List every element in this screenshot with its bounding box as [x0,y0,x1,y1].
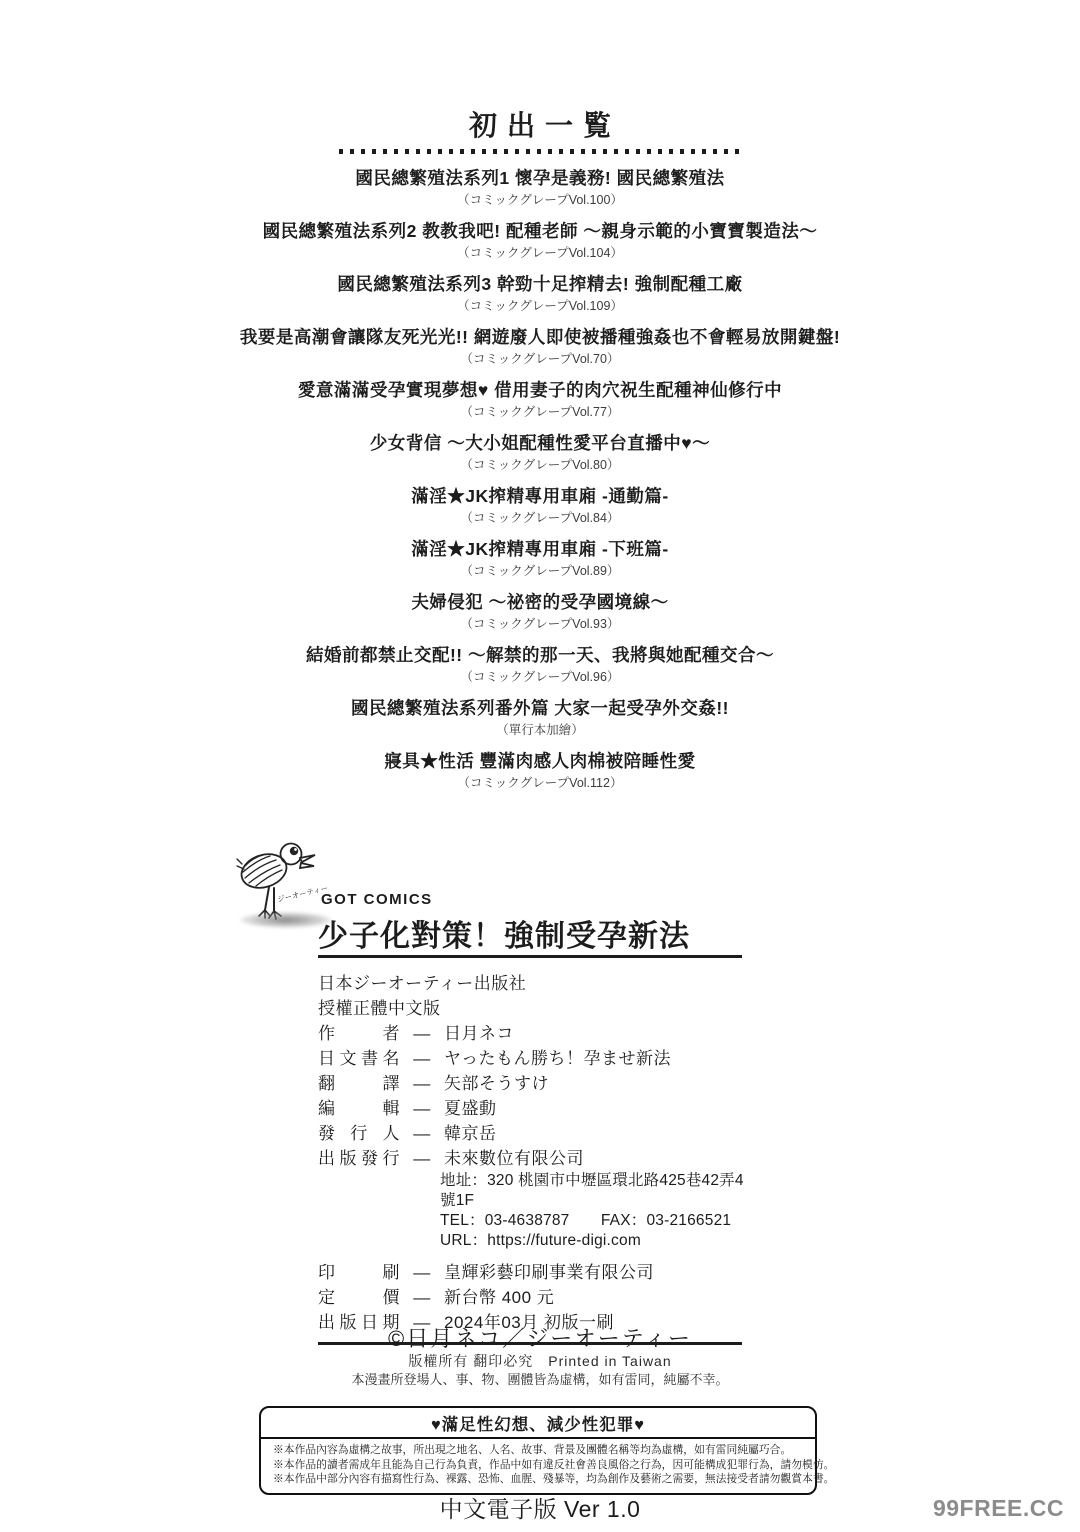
list-item: 國民總繁殖法系列2 教教我吧! 配種老師 ～親身示範的小寶寶製造法～ （コミック… [0,219,1080,263]
list-item: 滿淫★JK搾精專用車廂 -通勤篇- （コミックグレープVol.84） [0,484,1080,528]
credit-value: 新台幣 400 元 [444,1285,754,1310]
credit-dash: — [400,1146,444,1171]
credit-label: 編輯 [318,1096,400,1121]
work-source: （コミックグレープVol.89） [0,561,1080,581]
credit-label: 翻譯 [318,1071,400,1096]
credit-dash: — [400,1285,444,1310]
credit-label: 作者 [318,1021,400,1046]
work-source: （單行本加繪） [0,720,1080,740]
credit-label: 定價 [318,1285,400,1310]
work-title: 國民總繁殖法系列2 教教我吧! 配種老師 ～親身示範的小寶寶製造法～ [0,219,1080,243]
work-source: （コミックグレープVol.104） [0,243,1080,263]
notice-title: ♥滿足性幻想、減少性犯罪♥ [261,1408,815,1439]
credit-label: 出版發行 [318,1146,400,1171]
list-item: 寢具★性活 豐滿肉感人肉棉被陪睡性愛 （コミックグレープVol.112） [0,749,1080,793]
work-title: 夫婦侵犯 ～祕密的受孕國境線～ [0,590,1080,614]
publisher-lines: 日本ジーオーティー出版社授權正體中文版 [318,971,754,1021]
work-title: 少女背信 ～大小姐配種性愛平台直播中♥～ [0,431,1080,455]
credit-value: 夏盛動 [444,1096,754,1121]
work-source: （コミックグレープVol.84） [0,508,1080,528]
credit-value: 未來數位有限公司 [444,1146,754,1171]
logo-kana-label: ジーオーティー [276,884,327,904]
work-source: （コミックグレープVol.96） [0,667,1080,687]
work-source: （コミックグレープVol.100） [0,190,1080,210]
credit-dash: — [400,1021,444,1046]
work-title: 國民總繁殖法系列番外篇 大家一起受孕外交姦!! [0,696,1080,720]
colophon-page: 初出一覧 國民總繁殖法系列1 懷孕是義務! 國民總繁殖法 （コミックグレープVo… [0,0,1080,1532]
publisher-detail-line: URL：https://future-digi.com [440,1231,754,1251]
credit-row: 作者 — 日月ネコ [318,1021,754,1046]
publication-info: 日本ジーオーティー出版社授權正體中文版 作者 — 日月ネコ 日文書名 — ヤった… [318,971,754,1345]
credit-row: 印刷 — 皇輝彩藝印刷事業有限公司 [318,1260,754,1285]
work-source: （コミックグレープVol.109） [0,296,1080,316]
work-title: 寢具★性活 豐滿肉感人肉棉被陪睡性愛 [0,749,1080,773]
credit-dash: — [400,1046,444,1071]
work-source: （コミックグレープVol.70） [0,349,1080,369]
notice-line: ※本作品中部分內容有描寫性行為、裸露、恐怖、血腥、殘暴等，均為創作及藝術之需要，… [273,1472,803,1487]
credit-dash: — [400,1071,444,1096]
list-item: 我要是高潮會讓隊友死光光!! 網遊廢人即使被播種強姦也不會輕易放開鍵盤! （コミ… [0,325,1080,369]
work-title: 國民總繁殖法系列1 懷孕是義務! 國民總繁殖法 [0,166,1080,190]
work-source: （コミックグレープVol.80） [0,455,1080,475]
credit-value: ヤったもん勝ち！孕ませ新法 [444,1046,754,1071]
notice-line: ※本作品的讀者需成年且能為自己行為負責，作品中如有違反社會善良風俗之行為，因可能… [273,1458,803,1473]
publisher-detail-line: 地址：320 桃園市中壢區環北路425巷42弄4號1F [440,1171,754,1211]
list-item: 愛意滿滿受孕實現夢想♥ 借用妻子的肉穴祝生配種神仙修行中 （コミックグレープVo… [0,378,1080,422]
work-title: 國民總繁殖法系列3 幹勁十足搾精去! 強制配種工廠 [0,272,1080,296]
site-watermark: 99FREE.CC [933,1495,1064,1522]
work-title: 愛意滿滿受孕實現夢想♥ 借用妻子的肉穴祝生配種神仙修行中 [0,378,1080,402]
credit-row: 出版發行 — 未來數位有限公司 [318,1146,754,1171]
publisher-bird-logo-icon: ジーオーティー [232,838,327,923]
work-source: （コミックグレープVol.112） [0,773,1080,793]
list-item: 結婚前都禁止交配!! ～解禁的那一天、我將與她配種交合～ （コミックグレープVo… [0,643,1080,687]
list-item: 滿淫★JK搾精專用車廂 -下班篇- （コミックグレープVol.89） [0,537,1080,581]
publisher-line: 日本ジーオーティー出版社 [318,971,754,996]
title-rule [318,955,742,958]
credit-row: 編輯 — 夏盛動 [318,1096,754,1121]
first-appearance-list: 國民總繁殖法系列1 懷孕是義務! 國民總繁殖法 （コミックグレープVol.100… [0,166,1080,802]
work-title: 滿淫★JK搾精專用車廂 -下班篇- [0,537,1080,561]
work-title: 滿淫★JK搾精專用車廂 -通勤篇- [0,484,1080,508]
list-item: 國民總繁殖法系列3 幹勁十足搾精去! 強制配種工廠 （コミックグレープVol.1… [0,272,1080,316]
publisher-detail-line: TEL：03-4638787 FAX：03-2166521 [440,1211,754,1231]
credit-dash: — [400,1096,444,1121]
credit-row: 發行人 — 韓京岳 [318,1121,754,1146]
work-source: （コミックグレープVol.77） [0,402,1080,422]
dotted-divider [339,149,741,154]
notice-box: ♥滿足性幻想、減少性犯罪♥ ※本作品內容為虛構之故事，所出現之地名、人名、故事、… [259,1406,817,1495]
brand-label: GOT COMICS [321,891,433,908]
credit-row: 日文書名 — ヤったもん勝ち！孕ませ新法 [318,1046,754,1071]
notice-lines: ※本作品內容為虛構之故事，所出現之地名、人名、故事、背景及團體名稱等均為虛構，如… [261,1439,815,1493]
credit-label: 印刷 [318,1260,400,1285]
credit-value: 矢部そうすけ [444,1071,754,1096]
copyright-line: ©日月ネコ／ジーオーティー [0,1322,1080,1353]
credits-list: 作者 — 日月ネコ 日文書名 — ヤったもん勝ち！孕ませ新法 翻譯 — 矢部そう… [318,1021,754,1171]
notice-line: ※本作品內容為虛構之故事，所出現之地名、人名、故事、背景及團體名稱等均為虛構，如… [273,1443,803,1458]
credit-row: 定價 — 新台幣 400 元 [318,1285,754,1310]
page-title: 初出一覧 [0,104,1080,144]
work-title: 結婚前都禁止交配!! ～解禁的那一天、我將與她配種交合～ [0,643,1080,667]
edition-version-label: 中文電子版 Ver 1.0 [0,1491,1080,1524]
credit-value: 皇輝彩藝印刷事業有限公司 [444,1260,754,1285]
credit-value: 日月ネコ [444,1021,754,1046]
list-item: 夫婦侵犯 ～祕密的受孕國境線～ （コミックグレープVol.93） [0,590,1080,634]
rights-line: 版權所有 翻印必究 Printed in Taiwan [0,1351,1080,1371]
credit-row: 翻譯 — 矢部そうすけ [318,1071,754,1096]
credit-dash: — [400,1260,444,1285]
work-source: （コミックグレープVol.93） [0,614,1080,634]
credit-label: 日文書名 [318,1046,400,1071]
publisher-details: 地址：320 桃園市中壢區環北路425巷42弄4號1FTEL：03-463878… [440,1171,754,1251]
fiction-disclaimer: 本漫畫所登場人、事、物、團體皆為虛構，如有雷同，純屬不幸。 [0,1369,1080,1388]
book-title: 少子化對策！強制受孕新法 [318,911,690,955]
list-item: 國民總繁殖法系列1 懷孕是義務! 國民總繁殖法 （コミックグレープVol.100… [0,166,1080,210]
credit-label: 發行人 [318,1121,400,1146]
work-title: 我要是高潮會讓隊友死光光!! 網遊廢人即使被播種強姦也不會輕易放開鍵盤! [0,325,1080,349]
publisher-line: 授權正體中文版 [318,996,754,1021]
credit-dash: — [400,1121,444,1146]
list-item: 國民總繁殖法系列番外篇 大家一起受孕外交姦!! （單行本加繪） [0,696,1080,740]
credit-value: 韓京岳 [444,1121,754,1146]
list-item: 少女背信 ～大小姐配種性愛平台直播中♥～ （コミックグレープVol.80） [0,431,1080,475]
